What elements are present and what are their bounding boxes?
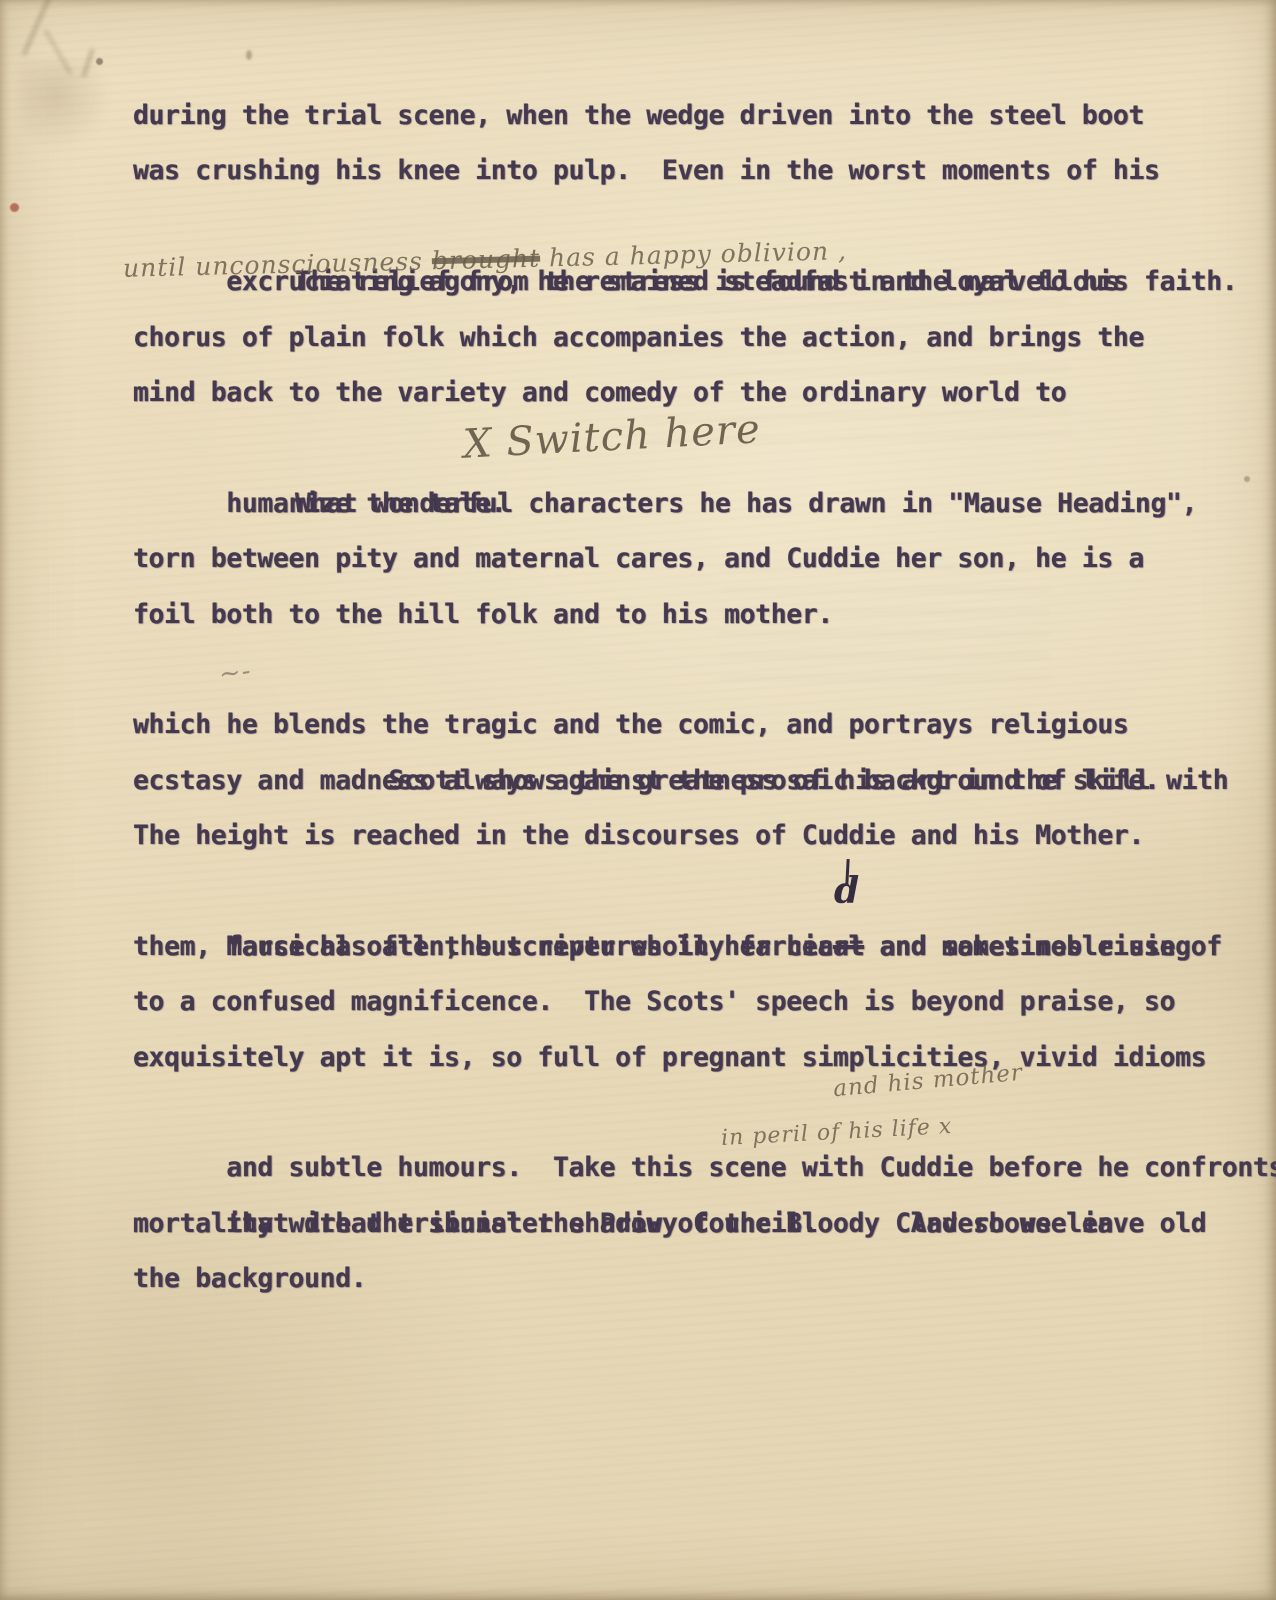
typed-line: during the trial scene, when the wedge d… <box>133 88 1243 143</box>
handwritten-text: until unconsciousness <box>123 246 432 283</box>
handwritten-correction-letter: d <box>834 873 859 909</box>
ink-speck <box>1244 476 1250 482</box>
manuscript-page: during the trial scene, when the wedge d… <box>0 0 1276 1600</box>
typed-line: ~- Scott shows the greatness of his art … <box>133 642 1243 697</box>
typed-line: What wonderful characters he has drawn i… <box>133 476 1243 531</box>
typed-line: foil both to the hill folk and to his mo… <box>133 587 1243 642</box>
typed-line: ecstasy and madness always against the p… <box>133 753 1243 808</box>
handwritten-note-in-peril: in peril of his life x <box>720 1099 954 1166</box>
pencil-dash-mark: ~- <box>215 644 255 703</box>
foxing-spot <box>10 203 19 212</box>
handwritten-text: has a happy oblivion , <box>540 236 847 272</box>
typed-line: to a confused magnificence. The Scots' s… <box>133 974 1243 1029</box>
typed-line: mortality with the sinister shadow of th… <box>133 1196 1243 1251</box>
scribbled-out-word: brought <box>432 243 541 275</box>
typed-line: them, farcical often, but never wholly f… <box>133 919 1243 974</box>
typed-line: chorus of plain folk which accompanies t… <box>133 310 1243 365</box>
typed-line: torn between pity and maternal cares, an… <box>133 531 1243 586</box>
typed-text-block: during the trial scene, when the wedge d… <box>133 88 1243 1307</box>
typed-line: was crushing his knee into pulp. Even in… <box>133 143 1243 198</box>
typed-line: which he blends the tragic and the comic… <box>133 697 1243 752</box>
typed-line: the background. <box>133 1251 1243 1306</box>
typed-line: and subtle humours. Take this scene with… <box>133 1085 1243 1140</box>
typed-line: humanize the tale. X Switch here <box>133 420 1243 475</box>
typed-line: The height is reached in the discourses … <box>133 808 1243 863</box>
ink-speck <box>246 50 252 60</box>
typed-line: exquisitely apt it is, so full of pregna… <box>133 1030 1243 1085</box>
typed-line: excruciating agony, he remained steadfas… <box>133 199 1243 254</box>
ink-speck <box>96 58 103 65</box>
corner-crease-mark <box>21 0 52 56</box>
corner-smudge <box>20 60 110 150</box>
typed-line-with-correction: Mause has all the scriptures in her hear… <box>133 863 1243 918</box>
typed-line: that dread tribunal the Privy Council. A… <box>133 1140 1243 1195</box>
